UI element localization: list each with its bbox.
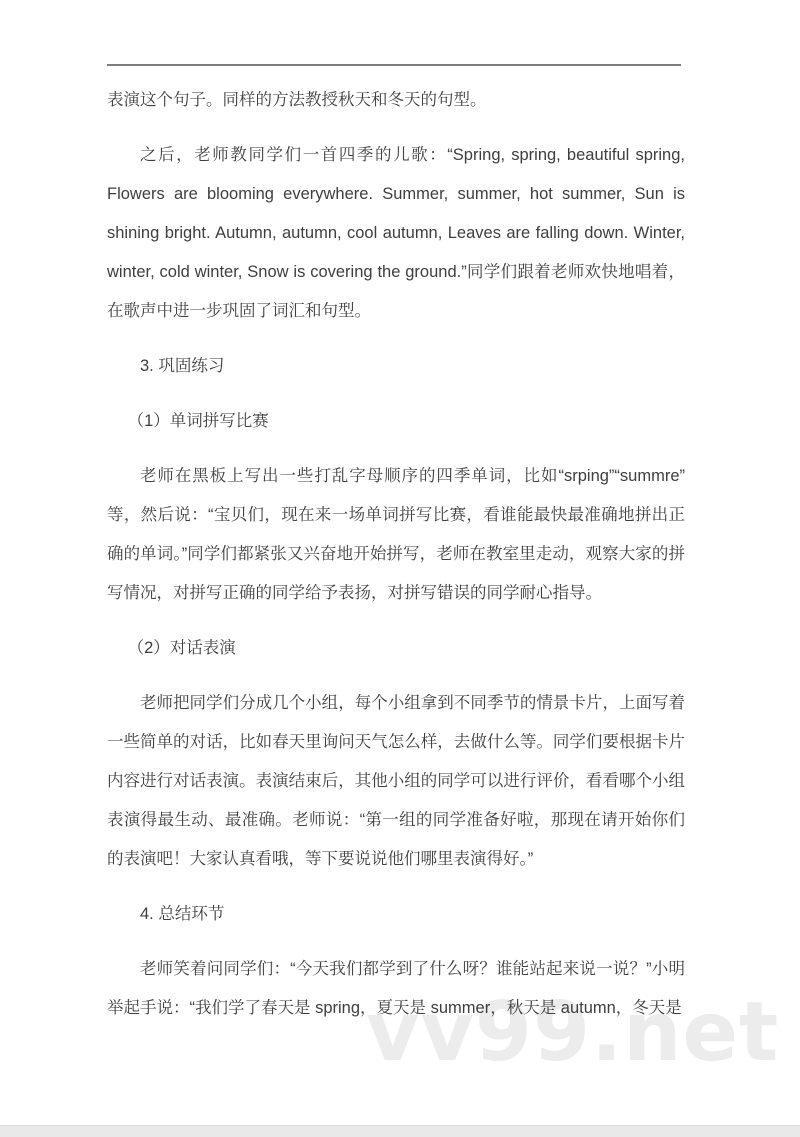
document-page: vv99.net 表演这个句子。同样的方法教授秋天和冬天的句型。 之后，老师教同… [0, 0, 800, 1137]
section-heading-consolidation-practice: 3. 巩固练习 [107, 347, 685, 386]
paragraph-spelling-contest: 老师在黑板上写出一些打乱字母顺序的四季单词，比如“srping”“summre”… [107, 457, 685, 613]
paragraph-dialogue-performance: 老师把同学们分成几个小组，每个小组拿到不同季节的情景卡片，上面写着一些简单的对话… [107, 684, 685, 879]
paragraph-continuation: 表演这个句子。同样的方法教授秋天和冬天的句型。 [107, 81, 685, 120]
header-divider-rule [107, 64, 681, 66]
paragraph-seasons-song: 之后，老师教同学们一首四季的儿歌：“Spring, spring, beauti… [107, 136, 685, 331]
page-bottom-edge [0, 1125, 800, 1137]
paragraph-summary: 老师笑着问同学们：“今天我们都学到了什么呀？谁能站起来说一说？”小明举起手说：“… [107, 950, 685, 1028]
section-heading-summary: 4. 总结环节 [107, 895, 685, 934]
subsection-heading-dialogue-performance: （2）对话表演 [107, 629, 685, 668]
document-body: 表演这个句子。同样的方法教授秋天和冬天的句型。 之后，老师教同学们一首四季的儿歌… [107, 81, 685, 1044]
subsection-heading-spelling-contest: （1）单词拼写比赛 [107, 402, 685, 441]
